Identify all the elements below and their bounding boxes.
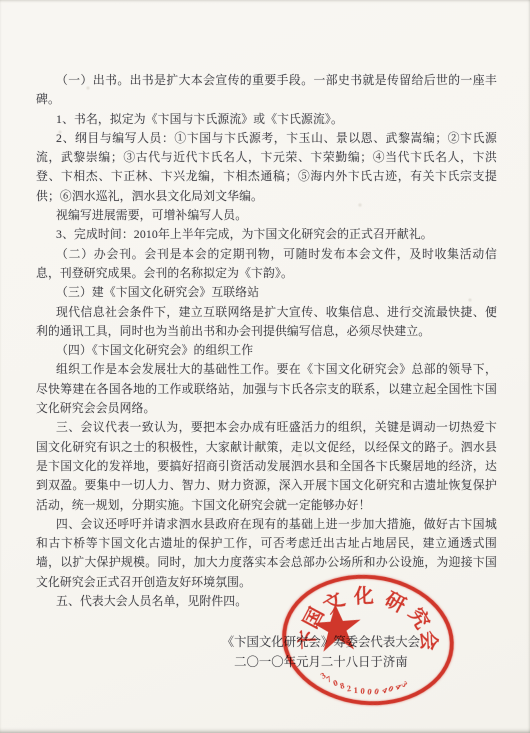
- document-paragraph: 1、书名，拟定为《卞国与卞氏源流》或《卞氏源流》。: [36, 110, 497, 129]
- seal-serial-digit: 0: [387, 683, 396, 694]
- document-paragraph: 2、纲目与编写人员：①卞国与卞氏源考，卞玉山、景以恩、武黎嵩编；②卞氏源流，武黎…: [36, 129, 497, 206]
- signature-org: 《卞国文化研究会》筹委会代表大会: [222, 632, 420, 652]
- seal-serial-digit: 0: [331, 677, 338, 688]
- document-paragraph: （三）建《卞国文化研究会》互联络站: [36, 283, 497, 302]
- document-paragraph: 3、完成时间：2010年上半年完成，为卞国文化研究会的正式召开献礼。: [36, 225, 497, 244]
- document-paragraph: （一）出书。出书是扩大本会宣传的重要手段。一部史书就是传留给后世的一座丰碑。: [36, 71, 497, 110]
- seal-serial-digit: 8: [338, 680, 344, 691]
- seal-serial-digit: 0: [360, 686, 365, 696]
- seal-serial-digit: 0: [367, 686, 373, 697]
- document-body: （一）出书。出书是扩大本会宣传的重要手段。一部史书就是传留给后世的一座丰碑。1、…: [0, 0, 530, 611]
- seal-serial-digit: 4: [380, 685, 388, 696]
- seal-serial-digit: 7: [325, 674, 333, 685]
- document-paragraph: 三、会议代表一致认为，要把本会办成有旺盛活力的组织，关键是调动一切热爱卞国文化研…: [36, 418, 497, 514]
- scanned-document-page: （一）出书。出书是扩大本会宣传的重要手段。一部史书就是传留给后世的一座丰碑。1、…: [0, 0, 530, 733]
- seal-serial-digit: 4: [393, 682, 402, 693]
- document-paragraph: 组织工作是本会发展壮大的基础性工作。要在《卞国文化研究会》总部的领导下，尽快筹建…: [36, 360, 497, 418]
- seal-serial-digit: 3: [399, 679, 409, 689]
- document-paragraph: 四、会议还呼吁并请求泗水县政府在现有的基础上进一步加大措施，做好古卞国城和古卞桥…: [36, 515, 497, 592]
- signature-block: 《卞国文化研究会》筹委会代表大会 二〇一〇年元月二十八日于济南: [222, 632, 420, 672]
- document-paragraph: （四）《卞国文化研究会》的组织工作: [36, 341, 497, 360]
- seal-serial-digit: 2: [346, 683, 351, 693]
- document-paragraph: 五、代表大会人员名单，见附件四。: [36, 592, 497, 611]
- seal-serial-digit: 0: [373, 686, 380, 697]
- document-paragraph: （二）办会刊。会刊是本会的定期刊物，可随时发布本会文件，及时收集活动信息，刊登研…: [36, 245, 497, 284]
- signature-date: 二〇一〇年元月二十八日于济南: [222, 652, 420, 672]
- seal-ring-char: 会: [416, 630, 446, 651]
- document-paragraph: 现代信息社会条件下，建立互联网络是扩大宣传、收集信息、进行交流最快捷、便利的通讯…: [36, 303, 497, 342]
- seal-serial-digit: 1: [353, 685, 357, 695]
- document-paragraph: 视编写进展需要，可增补编写人员。: [36, 206, 497, 225]
